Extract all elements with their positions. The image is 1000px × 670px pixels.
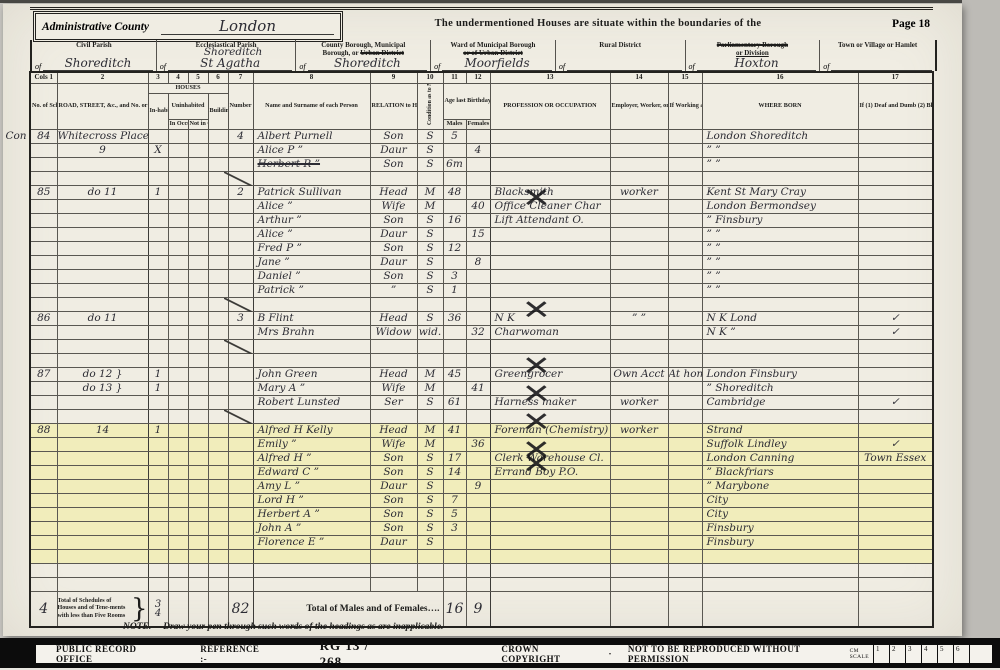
parish-label: Rural District: [559, 41, 682, 49]
margin-note: [3, 269, 30, 283]
cell-name: Emily ”: [253, 437, 370, 451]
totals-brace: }: [131, 603, 148, 616]
cell-condition: S: [417, 283, 443, 297]
margin-note: [3, 479, 30, 493]
table-row: Daniel ”SonS3” ”: [3, 269, 933, 283]
cell-age_f: [466, 367, 490, 381]
margin-note: [3, 521, 30, 535]
cell-born: [702, 297, 858, 311]
cell-age_f: [466, 395, 490, 409]
parish-value: [831, 57, 932, 71]
cell-rooms: [228, 353, 253, 367]
cell-age_f: 4: [466, 143, 490, 157]
cell-infirmity: [858, 381, 933, 395]
cell-inhabited: [148, 311, 168, 325]
prc-reference-value: RG 13 / 268: [320, 638, 392, 670]
cell-relation: Son: [370, 507, 417, 521]
cell-not_occ: [188, 465, 208, 479]
colnum-9: 9: [370, 72, 417, 83]
parish-cell-6: Town or Village or Hamletof: [820, 40, 935, 71]
cell-employer: [610, 549, 668, 563]
cell-occupation: [490, 227, 610, 241]
cell-building: [208, 549, 228, 563]
cell-rooms: [228, 535, 253, 549]
cell-schedule: [30, 577, 57, 591]
margin-note: [3, 367, 30, 381]
cell-born: [702, 591, 858, 627]
cell-rooms: [228, 255, 253, 269]
cell-inhabited: [148, 129, 168, 143]
cell-at_home: [668, 381, 702, 395]
cell-rooms: [228, 381, 253, 395]
cell-relation: Head: [370, 311, 417, 325]
parish-label: County Borough, MunicipalBorough, or Urb…: [299, 41, 427, 57]
cell-inhabited: [148, 241, 168, 255]
colnum-2: 2: [57, 72, 148, 83]
margin-note: [3, 423, 30, 437]
cell-born: [702, 339, 858, 353]
cell-building: [208, 479, 228, 493]
cell-occupation: Errand Boy P.O.: [490, 465, 610, 479]
cm-scale-label: CMSCALE: [850, 648, 869, 661]
cell-not_occ: [188, 297, 208, 311]
cell-rooms: [228, 395, 253, 409]
footnote: NOTE.— Draw your pen through such words …: [123, 622, 443, 632]
cell-inhabited: 1: [148, 381, 168, 395]
cell-in_occ: [168, 143, 188, 157]
cell-not_occ: [188, 409, 208, 423]
cell-occupation: [490, 507, 610, 521]
cell-rooms: [228, 437, 253, 451]
parish-label: Town or Village or Hamlet: [823, 41, 932, 49]
cell-rooms: [228, 563, 253, 577]
of-label: of: [299, 62, 305, 71]
cell-in_occ: [168, 479, 188, 493]
cell-address: [57, 521, 148, 535]
cell-infirmity: [858, 269, 933, 283]
cell-name: Albert Purnell: [253, 129, 370, 143]
cell-relation: Daur: [370, 143, 417, 157]
cell-at_home: [668, 283, 702, 297]
cell-not_occ: [188, 241, 208, 255]
cell-employer: [610, 353, 668, 367]
cell-condition: S: [417, 465, 443, 479]
cell-condition: [417, 171, 443, 185]
cell-employer: [610, 283, 668, 297]
cell-inhabited: [148, 339, 168, 353]
cell-born: ” Marybone: [702, 479, 858, 493]
cell-in_occ: [168, 241, 188, 255]
cell-inhabited: [148, 493, 168, 507]
parish-cell-0: Civil ParishofShoreditch: [32, 40, 157, 71]
colnum-17: 17: [858, 72, 933, 83]
cell-address: [57, 241, 148, 255]
cell-in_occ: [168, 549, 188, 563]
header-schedule: No. of Schedule: [30, 83, 57, 129]
table-row: 88141Alfred H KellyHeadM41Foreman (Chemi…: [3, 423, 933, 437]
margin-note: [3, 577, 30, 591]
cell-relation: Son: [370, 213, 417, 227]
cell-building: [208, 423, 228, 437]
cell-name: [253, 577, 370, 591]
cell-at_home: [668, 409, 702, 423]
cell-inhabited: 1: [148, 423, 168, 437]
cell-in_occ: [168, 325, 188, 339]
cell-age_f: [466, 283, 490, 297]
cell-rooms: [228, 297, 253, 311]
margin-note: [3, 437, 30, 451]
cell-condition: S: [417, 395, 443, 409]
cell-not_occ: [188, 227, 208, 241]
cell-infirmity: ✓: [858, 325, 933, 339]
margin-note: [3, 143, 30, 157]
cell-name: [253, 563, 370, 577]
header-where-born: WHERE BORN: [702, 83, 858, 129]
cell-in_occ: [168, 269, 188, 283]
cell-not_occ: [188, 171, 208, 185]
cell-age_f: [466, 563, 490, 577]
cell-rooms: 3: [228, 311, 253, 325]
table-row: [3, 409, 933, 423]
cell-condition: [417, 549, 443, 563]
cell-at_home: [668, 213, 702, 227]
table-row: John A ”SonS3Finsbury: [3, 521, 933, 535]
cell-employer: [610, 535, 668, 549]
margin-note: [3, 199, 30, 213]
cell-born: [702, 549, 858, 563]
cell-relation: Wife: [370, 199, 417, 213]
margin-note: [3, 227, 30, 241]
ruler-tick-4: 4: [921, 645, 937, 663]
cell-inhabited: [148, 437, 168, 451]
cell-schedule: [30, 549, 57, 563]
cell-relation: Ser: [370, 395, 417, 409]
cell-not_occ: [188, 395, 208, 409]
cell-age_m: [443, 143, 466, 157]
cell-employer: [610, 297, 668, 311]
cell-rooms: [228, 577, 253, 591]
cell-address: [57, 213, 148, 227]
cell-born: London Shoreditch: [702, 129, 858, 143]
cell-condition: S: [417, 535, 443, 549]
cell-age_f: [466, 465, 490, 479]
cell-name: Jane ”: [253, 255, 370, 269]
cell-name: [253, 339, 370, 353]
cell-born: [702, 577, 858, 591]
cell-infirmity: [858, 423, 933, 437]
table-row: 85do 1112Patrick SullivanHeadM48Blacksmi…: [3, 185, 933, 199]
cell-inhabited: 1: [148, 185, 168, 199]
prc-dot: ·: [609, 649, 612, 659]
cell-age_m: 3: [443, 521, 466, 535]
cell-rooms: [228, 409, 253, 423]
cell-infirmity: Town Essex: [858, 451, 933, 465]
cell-address: [57, 535, 148, 549]
header-uninhabited: Uninhabited: [168, 93, 208, 119]
cell-at_home: [668, 157, 702, 171]
cell-age_f: [466, 549, 490, 563]
cell-in_occ: [168, 171, 188, 185]
administrative-county-label: Administrative County: [42, 21, 149, 33]
cell-rooms: [228, 549, 253, 563]
cell-schedule: [30, 213, 57, 227]
header-at-home: If Working at Home: [668, 83, 702, 129]
of-label: of: [160, 62, 166, 71]
cell-name: Patrick Sullivan: [253, 185, 370, 199]
cell-relation: Son: [370, 241, 417, 255]
cell-born: ” ”: [702, 143, 858, 157]
cell-address: Whitecross Place: [57, 129, 148, 143]
cell-occupation: [490, 521, 610, 535]
cell-employer: worker: [610, 395, 668, 409]
cell-age_m: [443, 255, 466, 269]
cell-schedule: [30, 535, 57, 549]
cell-infirmity: [858, 591, 933, 627]
cell-address: 14: [57, 423, 148, 437]
cell-employer: [610, 325, 668, 339]
cell-name: B Flint: [253, 311, 370, 325]
cell-age_m: [443, 535, 466, 549]
cell-rooms: [228, 213, 253, 227]
cell-building: [208, 507, 228, 521]
cell-infirmity: [858, 213, 933, 227]
cell-infirmity: [858, 479, 933, 493]
cell-employer: [610, 451, 668, 465]
cell-schedule: [30, 465, 57, 479]
cell-not_occ: [188, 311, 208, 325]
cell-age_m: 5: [443, 129, 466, 143]
cell-in_occ: [168, 409, 188, 423]
ruler-tick-3: 3: [905, 645, 921, 663]
cell-in_occ: [168, 283, 188, 297]
header-males: Males: [443, 119, 466, 129]
cell-at_home: [668, 451, 702, 465]
column-numbers: Cols 1 2 3 4 5 6 7 8 9 10 11 12 13 14 15…: [3, 72, 933, 83]
parish-cell-4: Rural Districtof: [556, 40, 686, 71]
table-row: Herbert A ”SonS5City: [3, 507, 933, 521]
cell-name: Edward C ”: [253, 465, 370, 479]
cell-name: [253, 549, 370, 563]
cell-age_m: [443, 227, 466, 241]
cell-in_occ: [168, 129, 188, 143]
cell-address: do 11: [57, 311, 148, 325]
header-employer: Employer, Worker, or Own account: [610, 83, 668, 129]
cell-employer: [610, 241, 668, 255]
cell-females-total: 9: [466, 591, 490, 627]
cell-age_m: 5: [443, 507, 466, 521]
cell-rooms: 4: [228, 129, 253, 143]
parish-value: Hoxton: [697, 57, 816, 71]
table-row: Alice ”DaurS15” ”: [3, 227, 933, 241]
cell-at_home: [668, 129, 702, 143]
table-row: Edward C ”SonS14Errand Boy P.O.” Blackfr…: [3, 465, 933, 479]
cell-in_occ: [168, 577, 188, 591]
cell-inhabited: [148, 213, 168, 227]
totals-label-text: Total of Schedules of Houses and of Tene…: [58, 598, 130, 620]
margin-note: Con: [3, 129, 30, 143]
cell-age_f: 9: [466, 479, 490, 493]
cell-name: [253, 353, 370, 367]
cell-in_occ: [168, 493, 188, 507]
cell-age_f: 41: [466, 381, 490, 395]
cell-schedule: 84: [30, 129, 57, 143]
cell-rooms: [228, 283, 253, 297]
cell-condition: [417, 339, 443, 353]
cell-relation: Son: [370, 129, 417, 143]
cell-rooms: 2: [228, 185, 253, 199]
cell-schedule: [30, 157, 57, 171]
cell-age_f: [466, 353, 490, 367]
cell-building: [208, 185, 228, 199]
cell-in_occ: [168, 353, 188, 367]
cell-condition: S: [417, 479, 443, 493]
cell-not_occ: [188, 563, 208, 577]
cell-building: [208, 367, 228, 381]
cell-address: [57, 577, 148, 591]
cell-age_m: [443, 479, 466, 493]
table-row: 9XAlice P ”DaurS4” ”: [3, 143, 933, 157]
cell-at_home: [668, 325, 702, 339]
colnum-16: 16: [702, 72, 858, 83]
cell-born: London Bermondsey: [702, 199, 858, 213]
table-row: 86do 113B FlintHeadS36N K” ”N K Lond✓: [3, 311, 933, 325]
of-label: of: [35, 62, 41, 71]
cell-employer: worker: [610, 423, 668, 437]
header-road: ROAD, STREET, &c., and No. or NAME of HO…: [57, 83, 148, 129]
cell-employer: [610, 213, 668, 227]
cell-born: London Canning: [702, 451, 858, 465]
cell-name: Mrs Brahn: [253, 325, 370, 339]
cell-born: ” ”: [702, 157, 858, 171]
cell-in_occ: [168, 255, 188, 269]
cell-age_m: 1: [443, 283, 466, 297]
parish-value: Moorfields: [442, 57, 551, 71]
cell-building: [208, 563, 228, 577]
cell-in_occ: [168, 213, 188, 227]
cell-not_occ: [188, 255, 208, 269]
cell-age_f: [466, 129, 490, 143]
parish-label: Civil Parish: [35, 41, 153, 49]
cell-age_f: [466, 213, 490, 227]
colnum-11: 11: [443, 72, 466, 83]
cell-relation: Son: [370, 269, 417, 283]
cell-condition: M: [417, 199, 443, 213]
header-infirmity: If (1) Deaf and Dumb (2) Blind (3) Lunat…: [858, 83, 933, 129]
cell-infirmity: [858, 199, 933, 213]
top-double-rule: [30, 7, 933, 10]
cell-condition: S: [417, 227, 443, 241]
cell-not_occ: [188, 353, 208, 367]
cell-condition: M: [417, 367, 443, 381]
cell-name: Mary A ”: [253, 381, 370, 395]
cell-address: [57, 409, 148, 423]
cell-infirmity: [858, 143, 933, 157]
cell-age_m: [443, 577, 466, 591]
cell-relation: [370, 171, 417, 185]
cell-born: [702, 563, 858, 577]
cell-relation: Wife: [370, 381, 417, 395]
cell-at_home: [668, 143, 702, 157]
cell-not_occ: [188, 577, 208, 591]
cell-occupation: [490, 535, 610, 549]
cell-born: ” ”: [702, 283, 858, 297]
margin-note: [3, 395, 30, 409]
cell-age_f: [466, 311, 490, 325]
cell-at_home: [668, 479, 702, 493]
cell-in_occ: [168, 367, 188, 381]
cell-address: [57, 157, 148, 171]
cell-condition: S: [417, 269, 443, 283]
cell-relation: [370, 353, 417, 367]
cell-address: [57, 451, 148, 465]
cell-address: [57, 563, 148, 577]
cell-schedule: 86: [30, 311, 57, 325]
cell-age_f: [466, 409, 490, 423]
cell-building: [208, 437, 228, 451]
cell-age_m: 61: [443, 395, 466, 409]
cell-not_occ: [188, 213, 208, 227]
cell-schedule: [30, 479, 57, 493]
cell-name: Alfred H ”: [253, 451, 370, 465]
cell-inhabited: [148, 465, 168, 479]
cell-schedule-total: 4: [30, 591, 57, 627]
cell-rooms: [228, 451, 253, 465]
cell-occupation: [490, 577, 610, 591]
cell-age_f: [466, 577, 490, 591]
cell-condition: S: [417, 255, 443, 269]
cell-inhabited: [148, 353, 168, 367]
administrative-county-box: Administrative County London: [33, 11, 343, 42]
cell-rooms: [228, 157, 253, 171]
cell-inhabited: [148, 283, 168, 297]
cell-rooms: [228, 367, 253, 381]
cell-schedule: 87: [30, 367, 57, 381]
cell-infirmity: ✓: [858, 395, 933, 409]
cell-at_home: [668, 577, 702, 591]
cell-building: [208, 157, 228, 171]
cell-infirmity: [858, 353, 933, 367]
cell-occupation: [490, 143, 610, 157]
cell-age_f: [466, 535, 490, 549]
cell-age_f: [466, 157, 490, 171]
cell-inhabited: [148, 577, 168, 591]
cell-age_f: [466, 451, 490, 465]
cell-at_home: [668, 227, 702, 241]
cell-rooms: [228, 241, 253, 255]
cell-inhabited: [148, 269, 168, 283]
cell-at_home: At home: [668, 367, 702, 381]
cell-infirmity: [858, 157, 933, 171]
cell-born: Strand: [702, 423, 858, 437]
cell-born: ” Shoreditch: [702, 381, 858, 395]
cell-age_m: [443, 297, 466, 311]
cell-born: N K ”: [702, 325, 858, 339]
cell-address: [57, 199, 148, 213]
cell-age_f: 40: [466, 199, 490, 213]
cell-at_home: [668, 395, 702, 409]
cell-inhabited: [148, 479, 168, 493]
colnum-15: 15: [668, 72, 702, 83]
cell-inhabited: [148, 409, 168, 423]
cell-building: [208, 451, 228, 465]
cell-at_home: [668, 465, 702, 479]
cell-not_occ: [188, 493, 208, 507]
cell-age_m: [443, 199, 466, 213]
cell-age_f: [466, 297, 490, 311]
cell-in_occ: [168, 185, 188, 199]
cell-not_occ: [188, 339, 208, 353]
colnum-4: 4: [168, 72, 188, 83]
